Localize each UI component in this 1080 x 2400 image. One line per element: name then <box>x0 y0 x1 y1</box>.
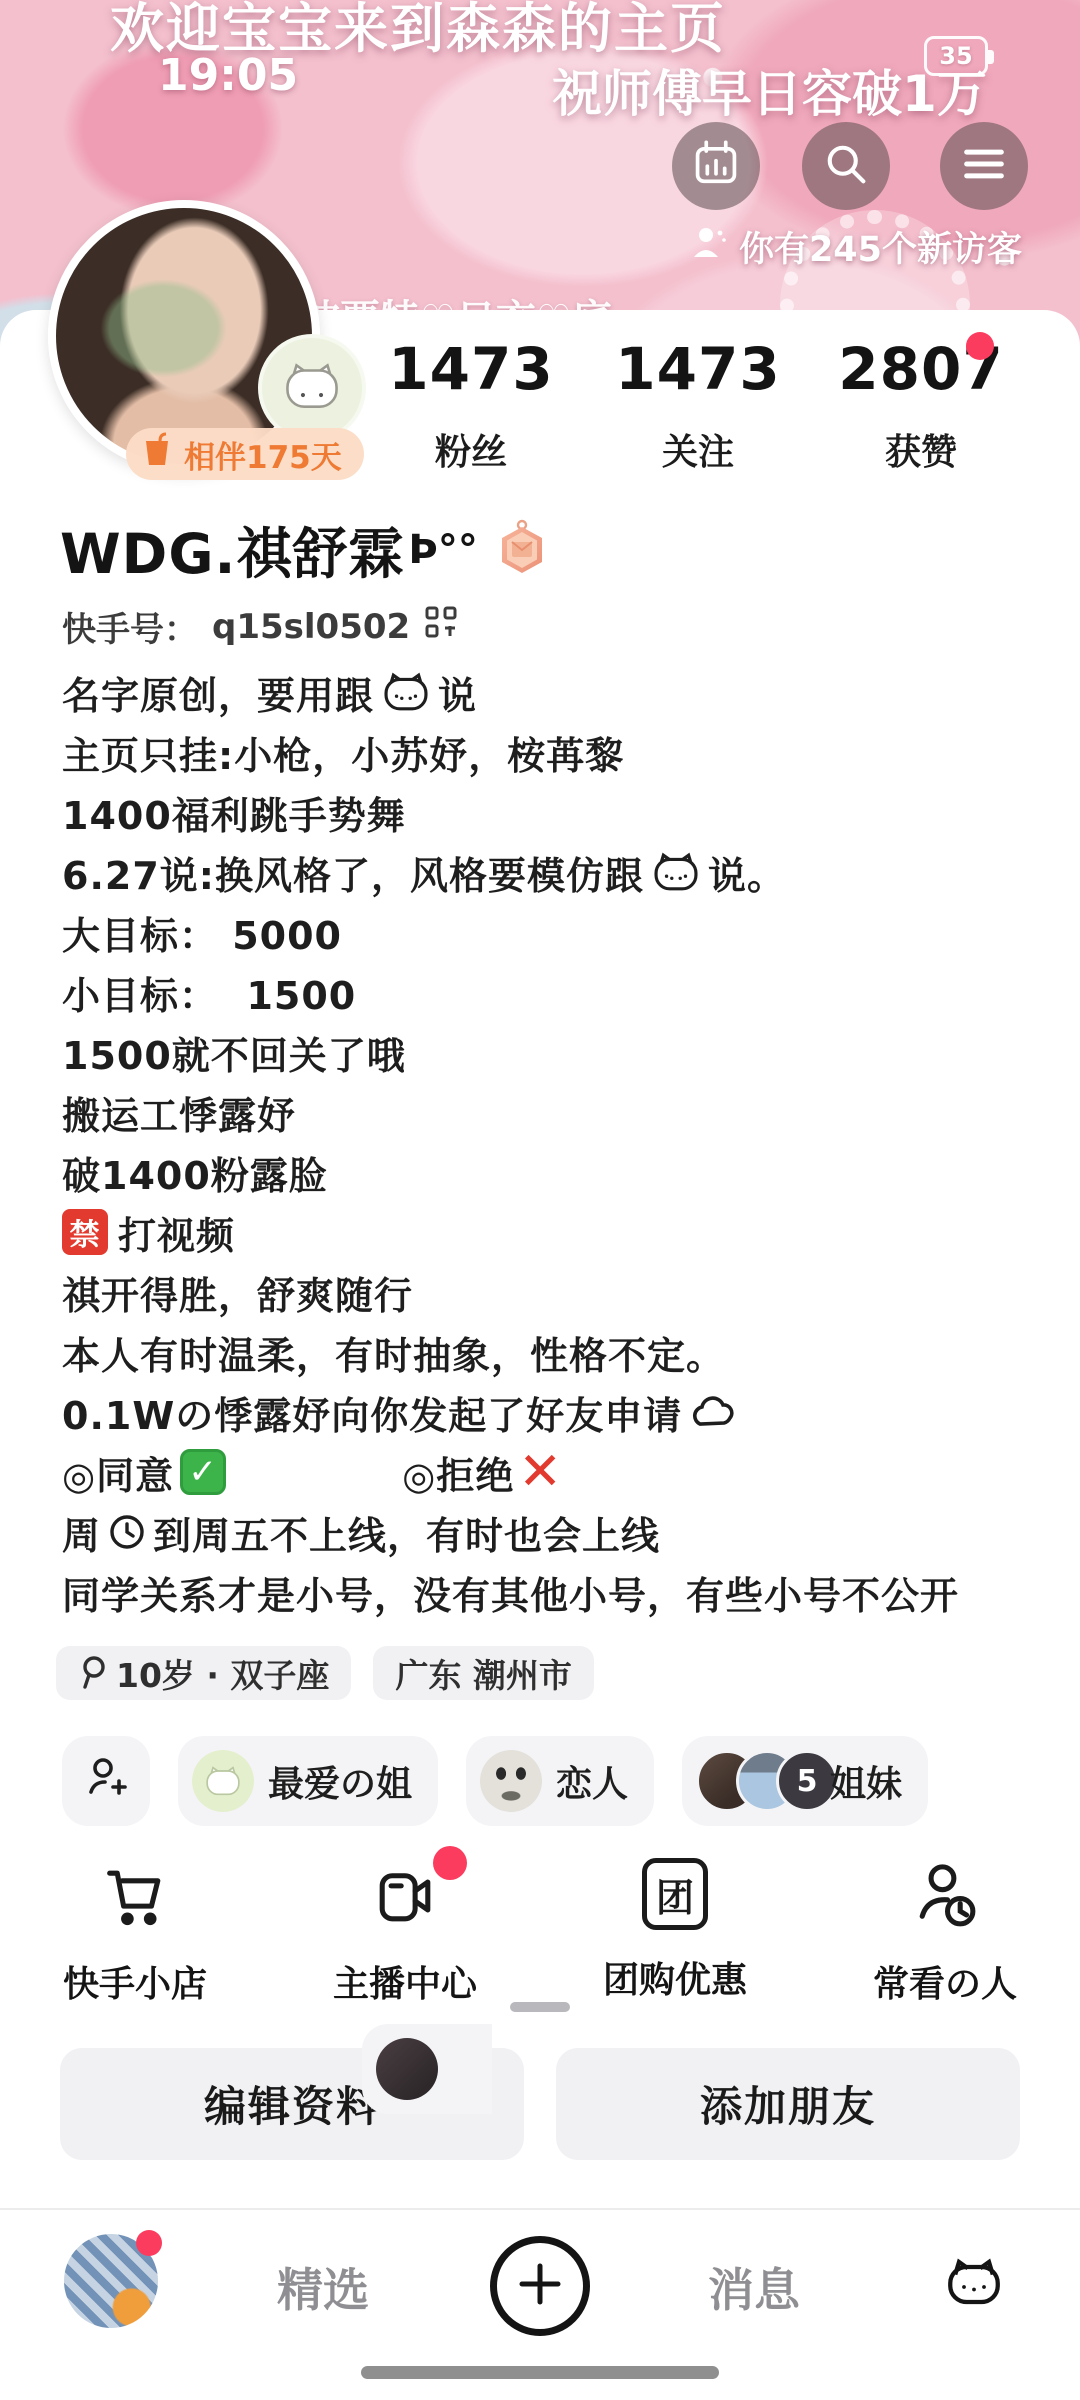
tab-moments-cat-icon[interactable] <box>944 2256 1004 2312</box>
banner-wish-text: 祝师傅早日容破1万 <box>552 54 987 126</box>
menu-item-label: 主播中心 <box>333 1956 477 2007</box>
bio-line-3: 1400福利跳手势舞 <box>62 782 1042 842</box>
bio-text: 主页只挂:小枪，小苏妤，桉苒黎 <box>62 725 624 780</box>
menu-item-团购优惠[interactable]: 团团购优惠 <box>540 1858 810 2007</box>
bio-text: 本人有时温柔，有时抽象，性格不定。 <box>62 1325 725 1380</box>
friend-group-label: 最爱の姐 <box>268 1756 412 1807</box>
scroll-indicator <box>510 2002 570 2012</box>
insights-icon <box>690 138 742 194</box>
stat-label: 获赞 <box>838 424 1003 475</box>
stat-label: 关注 <box>615 424 780 475</box>
menu-icon <box>958 138 1010 194</box>
bio-line-15: 周到周五不上线，有时也会上线 <box>62 1502 1042 1562</box>
tags-row: 10岁 · 双子座广东 潮州市 <box>56 1646 594 1700</box>
avatar <box>376 2038 438 2100</box>
bio-line-8: 搬运工悸露妤 <box>62 1082 1042 1142</box>
cat-face-icon <box>374 671 438 713</box>
tag-text: 广东 潮州市 <box>395 1650 572 1697</box>
user-name: WDG.祺舒霖 <box>60 510 404 589</box>
check-mark-icon: ✓ <box>180 1449 226 1495</box>
bio-text: 小目标： 1500 <box>62 965 356 1020</box>
bio-text: 同学关系才是小号，没有其他小号，有些小号不公开 <box>62 1565 959 1620</box>
friend-group-label: 恋人 <box>556 1756 628 1807</box>
battery-indicator: 35 <box>924 36 988 76</box>
add-friends-button[interactable]: 添加朋友 <box>556 2048 1020 2160</box>
status-time: 19:05 <box>158 50 298 101</box>
bio-text: 0.1Wの悸露妤向你发起了好友申请 <box>62 1385 682 1440</box>
bio-text: 名字原创，要用跟 <box>62 665 374 720</box>
shop-cart-icon <box>97 1858 173 1934</box>
bio-section: 名字原创，要用跟说主页只挂:小枪，小苏妤，桉苒黎1400福利跳手势舞6.27说:… <box>62 662 1042 1622</box>
bio-line-11: 祺开得胜，舒爽随行 <box>62 1262 1042 1322</box>
more-menu-button[interactable] <box>940 122 1028 210</box>
live-camera-icon <box>367 1858 443 1934</box>
tab-featured[interactable]: 精选 <box>277 2254 369 2320</box>
kuaishou-id-value: q15sl0502 <box>212 607 410 647</box>
companion-days-badge[interactable]: 相伴175天 <box>126 428 364 480</box>
stat-粉丝[interactable]: 1473粉丝 <box>388 340 553 475</box>
bio-line-9: 破1400粉露脸 <box>62 1142 1042 1202</box>
cat-sticker-icon <box>281 359 343 417</box>
profile-tag-2: 广东 潮州市 <box>373 1646 594 1700</box>
bio-line-2: 主页只挂:小枪，小苏妤，桉苒黎 <box>62 722 1042 782</box>
person-add-icon <box>83 1754 129 1809</box>
stat-获赞[interactable]: 2807获赞 <box>838 340 1003 475</box>
avatar <box>480 1750 542 1812</box>
avatar-pendant[interactable] <box>258 334 366 442</box>
new-visitors-text: 你有245个新访客 <box>739 222 1022 272</box>
forbidden-icon: 禁 <box>62 1209 108 1255</box>
menu-item-主播中心[interactable]: 主播中心 <box>270 1858 540 2007</box>
bio-text: 6.27说:换风格了，风格要模仿跟 <box>62 845 644 900</box>
bio-line-10: 禁打视频 <box>62 1202 1042 1262</box>
tab-messages[interactable]: 消息 <box>708 2254 800 2320</box>
clock-icon <box>101 1512 153 1552</box>
bio-text: 周 <box>62 1505 101 1560</box>
insights-button[interactable] <box>672 122 760 210</box>
cat-avatar-icon <box>192 1750 254 1812</box>
feature-menu-row: 快手小店主播中心团团购优惠常看の人 <box>0 1858 1080 2007</box>
avatar-stack: 5 <box>696 1750 816 1812</box>
likes-notification-dot <box>966 332 994 360</box>
search-button[interactable] <box>802 122 890 210</box>
avatar-count-badge: 5 <box>776 1750 838 1812</box>
bio-line-13: 0.1Wの悸露妤向你发起了好友申请 <box>62 1382 1042 1442</box>
bio-line-7: 1500就不回关了哦 <box>62 1022 1042 1082</box>
frequent-viewers-icon <box>907 1858 983 1934</box>
menu-item-快手小店[interactable]: 快手小店 <box>0 1858 270 2007</box>
bio-text: ◎同意 <box>62 1445 174 1500</box>
add-friend-group-button[interactable] <box>62 1736 150 1826</box>
bio-line-4: 6.27说:换风格了，风格要模仿跟说。 <box>62 842 1042 902</box>
qr-code-icon[interactable] <box>424 605 458 648</box>
bio-text: 到周五不上线，有时也会上线 <box>153 1505 660 1560</box>
menu-item-常看の人[interactable]: 常看の人 <box>810 1858 1080 2007</box>
bio-text: 搬运工悸露妤 <box>62 1085 296 1140</box>
user-name-decoration: Ϸ°° <box>408 527 478 573</box>
create-post-button[interactable] <box>490 2236 590 2336</box>
home-indicator[interactable] <box>361 2366 719 2379</box>
kuaishou-profile-screen: 欢迎宝宝来到森森的主页 19:05 祝师傅早日容破1万 35 <box>0 0 1080 2400</box>
tab-avatar-notification-dot <box>136 2230 162 2256</box>
search-icon <box>820 138 872 194</box>
friend-groups-row: 最爱の姐恋人5姐妹 <box>62 1736 1080 1826</box>
profile-tag-1: 10岁 · 双子座 <box>56 1646 351 1700</box>
new-visitors-banner[interactable]: 你有245个新访客 <box>689 222 1022 272</box>
bio-text: 1400福利跳手势舞 <box>62 785 406 840</box>
tag-text: 10岁 · 双子座 <box>116 1650 329 1697</box>
friend-group-pill[interactable]: 最爱の姐 <box>178 1736 438 1826</box>
cloud-icon <box>682 1394 750 1430</box>
cup-icon <box>140 431 174 477</box>
bio-line-16: 同学关系才是小号，没有其他小号，有些小号不公开 <box>62 1562 1042 1622</box>
plus-icon <box>512 2256 568 2316</box>
bio-text: 大目标： 5000 <box>62 905 342 960</box>
gender-icon <box>78 1654 108 1692</box>
cat-face-icon <box>644 851 708 893</box>
kuaishou-id-label: 快手号： <box>62 602 198 651</box>
profile-card: 1473粉丝1473关注2807获赞 WDG.祺舒霖 Ϸ°° <box>0 310 1080 2400</box>
friend-group-pill[interactable]: 5姐妹 <box>682 1736 928 1826</box>
bio-text: 说。 <box>708 845 786 900</box>
friend-group-label: 姐妹 <box>830 1756 902 1807</box>
menu-item-label: 快手小店 <box>63 1956 207 2007</box>
stat-label: 粉丝 <box>388 424 553 475</box>
bio-text: 说 <box>438 665 477 720</box>
bio-text: 打视频 <box>118 1205 235 1260</box>
cross-mark-icon: ✕ <box>518 1446 563 1498</box>
friend-group-pill-partial[interactable] <box>362 2024 492 2114</box>
bio-text: ◎拒绝 <box>402 1445 514 1500</box>
stat-关注[interactable]: 1473关注 <box>615 340 780 475</box>
name-row: WDG.祺舒霖 Ϸ°° <box>60 510 548 589</box>
bio-text: 1500就不回关了哦 <box>62 1025 406 1080</box>
visitor-person-icon <box>689 223 729 272</box>
bio-text: 破1400粉露脸 <box>62 1145 328 1200</box>
menu-item-label: 团购优惠 <box>603 1952 747 2003</box>
companion-days-text: 相伴175天 <box>184 432 342 477</box>
level-badge-icon[interactable] <box>496 519 548 581</box>
menu-item-label: 常看の人 <box>873 1956 1017 2007</box>
friend-group-pill[interactable]: 恋人 <box>466 1736 654 1826</box>
bio-line-14: ◎同意✓◎拒绝✕ <box>62 1442 1042 1502</box>
bio-line-12: 本人有时温柔，有时抽象，性格不定。 <box>62 1322 1042 1382</box>
bio-line-5: 大目标： 5000 <box>62 902 1042 962</box>
kuaishou-id-row: 快手号： q15sl0502 <box>62 602 458 651</box>
bio-text: 祺开得胜，舒爽随行 <box>62 1265 413 1320</box>
bio-line-1: 名字原创，要用跟说 <box>62 662 1042 722</box>
stat-value: 1473 <box>388 340 553 398</box>
bio-line-6: 小目标： 1500 <box>62 962 1042 1022</box>
group-buy-icon: 团 <box>642 1858 708 1930</box>
notification-dot <box>433 1846 467 1880</box>
stat-value: 1473 <box>615 340 780 398</box>
